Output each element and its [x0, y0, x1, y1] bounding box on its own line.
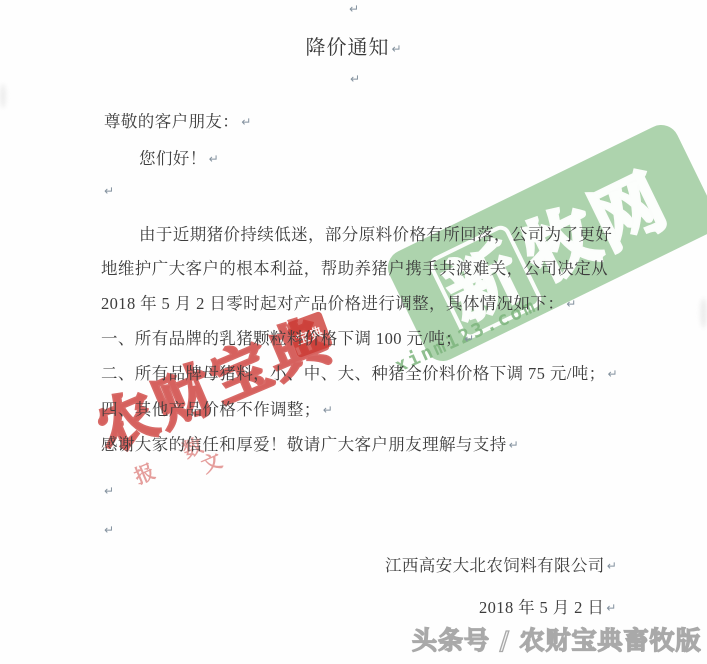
body-line: 由于近期猪价持续低迷，部分原料价格有所回落，公司为了更好 — [139, 221, 612, 245]
paragraph-mark: ↵ — [564, 297, 576, 311]
paragraph-mark: ↵ — [104, 184, 114, 198]
body-line-item-4: 四、其他产品价格不作调整；↵ — [101, 396, 333, 420]
document-page: 新牧网 xinm123.com 农财宝典 宝典 报 数 文 头条号 / 农财宝典… — [0, 0, 707, 664]
body-line-text: 地维护广大客户的根本利益，帮助养猪户携手共渡难关，公司决定从 — [101, 259, 608, 278]
body-line-item-2: 二、所有品牌母猪料，小、中、大、种猪全价料价格下调 75 元/吨；↵ — [101, 360, 618, 384]
body-line: 地维护广大客户的根本利益，帮助养猪户携手共渡难关，公司决定从 — [101, 255, 608, 279]
paragraph-mark: ↵ — [507, 438, 519, 452]
signature-date-line: 2018 年 5 月 2 日↵ — [479, 594, 616, 618]
paragraph-mark: ↵ — [462, 332, 474, 346]
body-line-text: 由于近期猪价持续低迷，部分原料价格有所回落，公司为了更好 — [139, 225, 612, 244]
body-line-text: 感谢大家的信任和厚爱！敬请广大客户朋友理解与支持 — [101, 435, 507, 454]
greeting-line: 您们好！↵ — [139, 145, 219, 169]
paragraph-mark: ↵ — [350, 72, 360, 86]
paragraph-mark: ↵ — [605, 559, 617, 573]
greeting-text: 您们好！ — [139, 149, 207, 168]
body-line-item-1: 一、所有品牌的乳猪颗粒料价格下调 100 元/吨；↵ — [101, 325, 474, 349]
salutation-line: 尊敬的客户朋友：↵ — [104, 108, 251, 132]
letter-title: 降价通知↵ — [0, 31, 707, 60]
body-line-text: 四、其他产品价格不作调整； — [101, 400, 321, 419]
paragraph-mark: ↵ — [104, 484, 114, 498]
paragraph-mark: ↵ — [207, 152, 219, 166]
signature-company-line: 江西高安大北农饲料有限公司↵ — [385, 552, 617, 576]
paragraph-mark: ↵ — [321, 403, 333, 417]
paragraph-mark: ↵ — [239, 115, 251, 129]
body-line-text: 一、所有品牌的乳猪颗粒料价格下调 100 元/吨； — [101, 329, 462, 348]
body-line-text: 二、所有品牌母猪料，小、中、大、种猪全价料价格下调 75 元/吨； — [101, 364, 606, 383]
paragraph-mark: ↵ — [349, 2, 359, 16]
letter-text-layer: ↵ 降价通知↵ ↵ 尊敬的客户朋友：↵ 您们好！↵ ↵ 由于近期猪价持续低迷，部… — [0, 0, 707, 664]
signature-date-text: 2018 年 5 月 2 日 — [479, 598, 604, 617]
body-line-thanks: 感谢大家的信任和厚爱！敬请广大客户朋友理解与支持↵ — [101, 431, 519, 455]
paragraph-mark: ↵ — [604, 601, 616, 615]
body-line-text: 2018 年 5 月 2 日零时起对产品价格进行调整，具体情况如下： — [101, 294, 564, 313]
letter-title-text: 降价通知 — [305, 37, 389, 59]
body-line: 2018 年 5 月 2 日零时起对产品价格进行调整，具体情况如下：↵ — [101, 290, 576, 314]
paragraph-mark: ↵ — [104, 523, 114, 537]
salutation-text: 尊敬的客户朋友： — [104, 112, 239, 131]
paragraph-mark: ↵ — [606, 367, 618, 381]
paragraph-mark: ↵ — [389, 42, 401, 56]
signature-company-text: 江西高安大北农饲料有限公司 — [385, 556, 605, 575]
